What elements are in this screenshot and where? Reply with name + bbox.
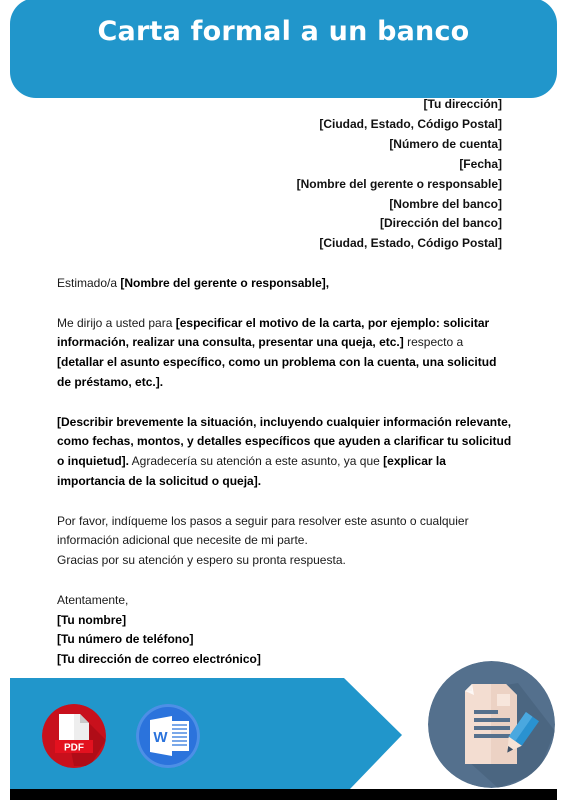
text: Me dirijo a usted para bbox=[57, 316, 176, 330]
account-number: [Número de cuenta] bbox=[297, 135, 502, 155]
header-banner: Carta formal a un banco bbox=[10, 0, 557, 98]
placeholder: [detallar el asunto específico, como un … bbox=[57, 355, 496, 389]
thanks-text: Gracias por su atención y espero su pron… bbox=[57, 553, 346, 567]
paragraph-request: Por favor, indíqueme los pasos a seguir … bbox=[57, 512, 512, 571]
page-title: Carta formal a un banco bbox=[10, 16, 557, 47]
greeting: Estimado/a [Nombre del gerente o respons… bbox=[57, 274, 512, 294]
pdf-download-icon[interactable]: PDF bbox=[42, 704, 106, 768]
signature-name: [Tu nombre] bbox=[57, 611, 512, 631]
signature-phone: [Tu número de teléfono] bbox=[57, 630, 512, 650]
address-block: [Tu dirección] [Ciudad, Estado, Código P… bbox=[297, 95, 502, 254]
manager-name: [Nombre del gerente o responsable] bbox=[297, 175, 502, 195]
paragraph-situation: [Describir brevemente la situación, incl… bbox=[57, 413, 512, 492]
document-edit-icon[interactable] bbox=[428, 661, 555, 788]
greeting-prefix: Estimado/a bbox=[57, 276, 120, 290]
bank-address: [Dirección del banco] bbox=[297, 214, 502, 234]
svg-text:PDF: PDF bbox=[64, 743, 84, 754]
bank-city-state-zip: [Ciudad, Estado, Código Postal] bbox=[297, 234, 502, 254]
request-text: Por favor, indíqueme los pasos a seguir … bbox=[57, 514, 469, 548]
letter-body: Estimado/a [Nombre del gerente o respons… bbox=[57, 274, 512, 670]
text: respecto a bbox=[404, 335, 463, 349]
svg-text:W: W bbox=[153, 729, 168, 746]
bank-name: [Nombre del banco] bbox=[297, 195, 502, 215]
greeting-placeholder: [Nombre del gerente o responsable], bbox=[120, 276, 329, 290]
sender-address: [Tu dirección] bbox=[297, 95, 502, 115]
signature-email: [Tu dirección de correo electrónico] bbox=[57, 650, 512, 670]
paragraph-purpose: Me dirijo a usted para [especificar el m… bbox=[57, 314, 512, 393]
closing: Atentamente, [Tu nombre] [Tu número de t… bbox=[57, 591, 512, 670]
date: [Fecha] bbox=[297, 155, 502, 175]
text: Agradecería su atención a este asunto, y… bbox=[129, 454, 383, 468]
sender-city-state-zip: [Ciudad, Estado, Código Postal] bbox=[297, 115, 502, 135]
word-download-icon[interactable]: W bbox=[136, 704, 200, 768]
footer-bar bbox=[10, 789, 557, 800]
salutation: Atentamente, bbox=[57, 591, 512, 611]
